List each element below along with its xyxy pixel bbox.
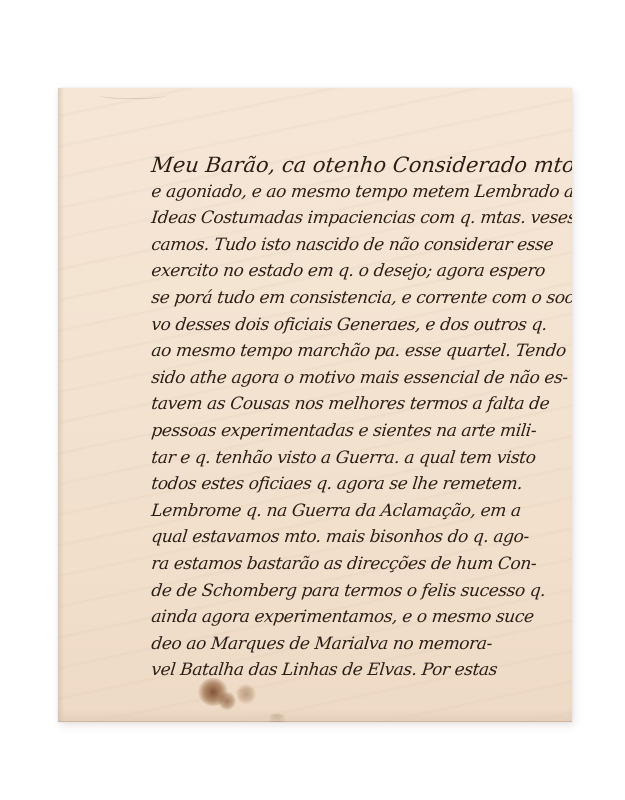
torn-bottom-edge	[58, 709, 572, 722]
letter-line: camos. Tudo isto nascido de não consider…	[150, 232, 571, 259]
photo-stage: Meu Barão, ca otenho Considerado mto. af…	[0, 0, 625, 800]
letter-line: ra estamos bastarão as direcções de hum …	[150, 551, 571, 578]
letter-line: Ideas Costumadas impaciencias com q. mta…	[150, 205, 571, 232]
letter-line: se porá tudo em consistencia, e corrente…	[150, 285, 571, 312]
letter-line: vo desses dois oficiais Generaes, e dos …	[150, 312, 571, 339]
letter-line: tavem as Cousas nos melhores termos a fa…	[150, 391, 571, 418]
letter-line: sido athe agora o motivo mais essencial …	[150, 365, 571, 392]
letter-line: de de Schomberg para termos o felis suce…	[150, 578, 571, 605]
letter-line: ainda agora experimentamos, e o mesmo su…	[150, 604, 571, 631]
letter-line: vel Batalha das Linhas de Elvas. Por est…	[150, 657, 571, 684]
letter-line: todos estes oficiaes q. agora se lhe rem…	[150, 471, 571, 498]
letter-line: Lembrome q. na Guerra da Aclamação, em a	[150, 498, 571, 525]
letter-line: tar e q. tenhão visto a Guerra. a qual t…	[150, 445, 571, 472]
manuscript-page: Meu Barão, ca otenho Considerado mto. af…	[58, 88, 572, 722]
letter-line: ao mesmo tempo marchão pa. esse quartel.…	[150, 338, 571, 365]
letter-line-salutation: Meu Barão, ca otenho Considerado mto. af…	[150, 152, 571, 179]
ink-stain	[218, 692, 236, 710]
letter-line: pessoas experimentadas e sientes na arte…	[150, 418, 571, 445]
ink-stain	[236, 684, 256, 704]
letter-line: exercito no estado em q. o desejo; agora…	[150, 258, 571, 285]
letter-line: deo ao Marques de Marialva no memora-	[150, 631, 571, 658]
torn-top-edge	[98, 88, 168, 99]
letter-body: Meu Barão, ca otenho Considerado mto. af…	[150, 152, 568, 684]
letter-line: qual estavamos mto. mais bisonhos do q. …	[150, 524, 571, 551]
letter-line: e agoniado, e ao mesmo tempo metem Lembr…	[150, 179, 571, 206]
